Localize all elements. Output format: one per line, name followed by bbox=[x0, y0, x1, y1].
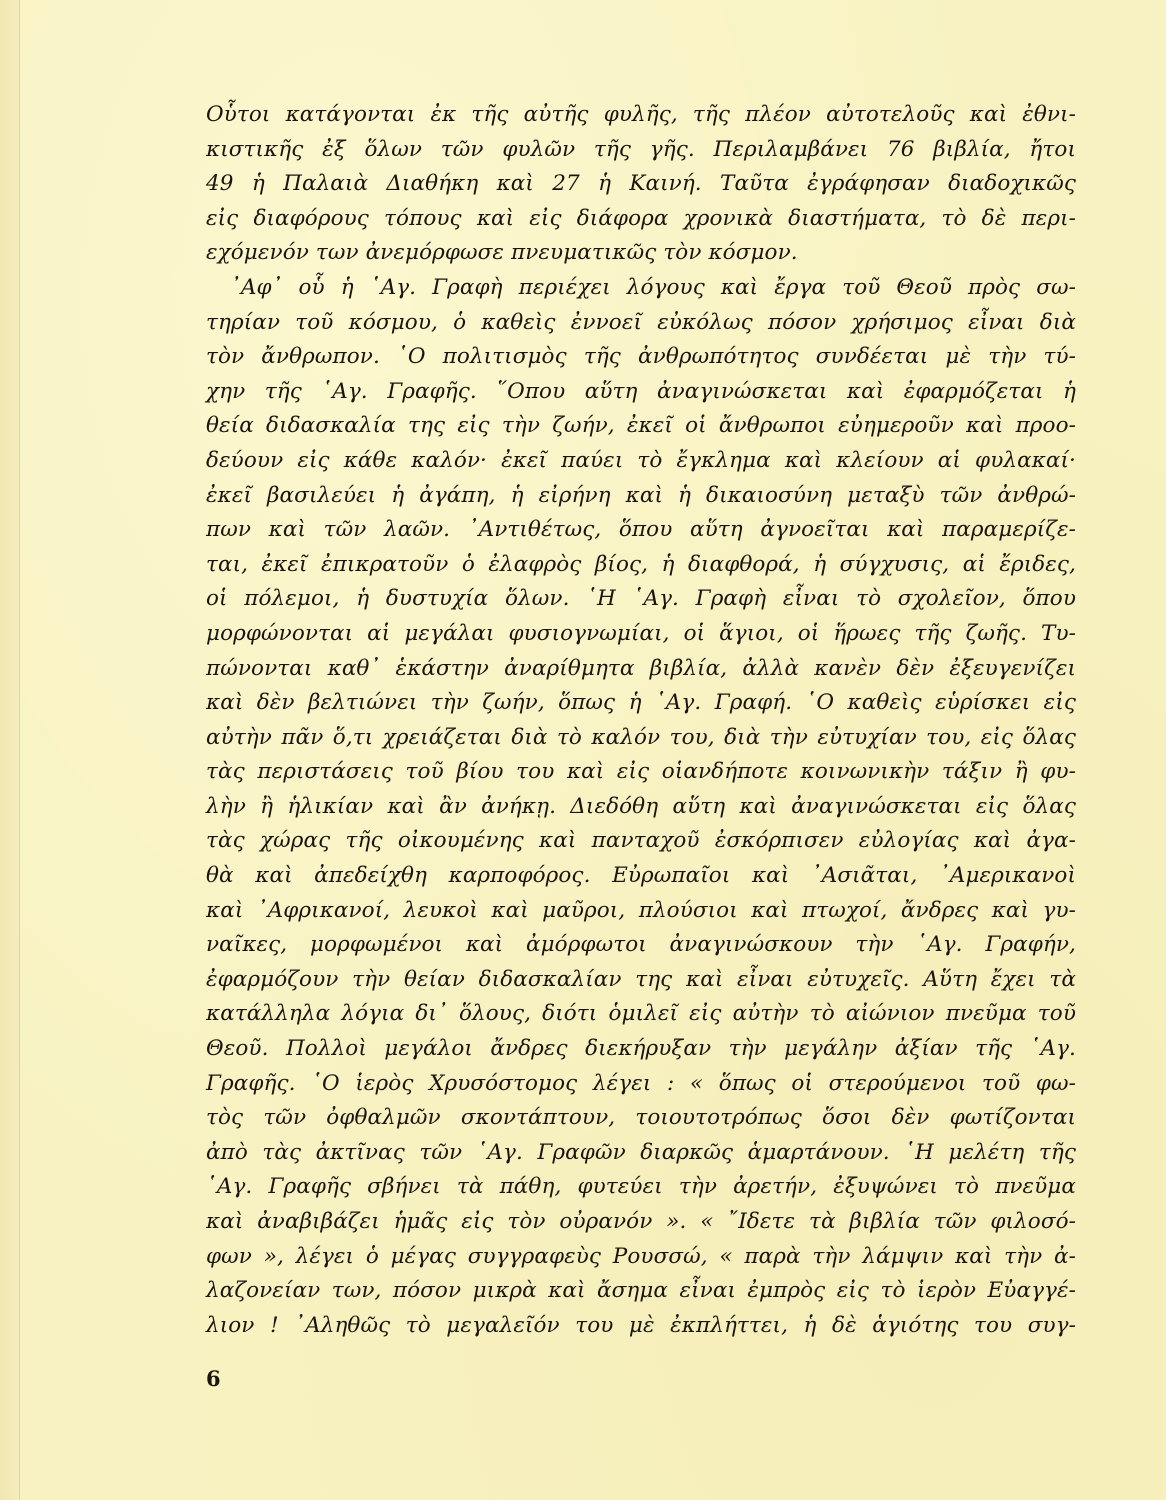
text-line: φων », λέγει ὁ μέγας συγγραφεὺς Ρουσσώ, … bbox=[206, 1240, 1076, 1275]
body-text: Οὗτοι κατάγονται ἐκ τῆς αὐτῆς φυλῆς, τῆς… bbox=[206, 98, 1076, 1378]
scanned-book-page: Οὗτοι κατάγονται ἐκ τῆς αὐτῆς φυλῆς, τῆς… bbox=[0, 0, 1166, 1500]
text-line: τὸς τῶν ὀφθαλμῶν σκοντάπτουν, τοιουτοτρό… bbox=[206, 1101, 1076, 1136]
text-line: δεύουν εἰς κάθε καλόν· ἐκεῖ παύει τὸ ἔγκ… bbox=[206, 444, 1076, 479]
page-number: 6 bbox=[206, 1366, 221, 1391]
page-fold-line bbox=[19, 0, 20, 1500]
text-line: Θεοῦ. Πολλοὶ μεγάλοι ἄνδρες διεκήρυξαν τ… bbox=[206, 1032, 1076, 1067]
text-line: θεία διδασκαλία της εἰς τὴν ζωήν, ἐκεῖ ο… bbox=[206, 409, 1076, 444]
text-line: ἐφαρμόζουν τὴν θείαν διδασκαλίαν της καὶ… bbox=[206, 963, 1076, 998]
text-line: καὶ δὲν βελτιώνει τὴν ζωήν, ὅπως ἡ ῾Αγ. … bbox=[206, 686, 1076, 721]
text-line: Γραφῆς. ῾Ο ἱερὸς Χρυσόστομος λέγει : « ὅ… bbox=[206, 1067, 1076, 1102]
text-line: λαζονείαν των, πόσον μικρὰ καὶ ἄσημα εἶν… bbox=[206, 1274, 1076, 1309]
text-line: μορφώνονται αἱ μεγάλαι φυσιογνωμίαι, οἱ … bbox=[206, 617, 1076, 652]
text-line: καὶ ᾿Αφρικανοί, λευκοὶ καὶ μαῦροι, πλούσ… bbox=[206, 894, 1076, 929]
text-line: κιστικῆς ἐξ ὅλων τῶν φυλῶν τῆς γῆς. Περι… bbox=[206, 133, 1076, 168]
text-line: 49 ἡ Παλαιὰ Διαθήκη καὶ 27 ἡ Καινή. Ταῦτ… bbox=[206, 167, 1076, 202]
text-line: τὰς περιστάσεις τοῦ βίου του καὶ εἰς οἱα… bbox=[206, 755, 1076, 790]
text-line: τηρίαν τοῦ κόσμου, ὁ καθεὶς ἐννοεῖ εὐκόλ… bbox=[206, 306, 1076, 341]
text-line: εχόμενόν των ἀνεμόρφωσε πνευματικῶς τὸν … bbox=[206, 236, 1076, 271]
text-line: ᾿Αφ᾿ οὗ ἡ ῾Αγ. Γραφὴ περιέχει λόγους καὶ… bbox=[206, 271, 1076, 306]
text-line: κατάλληλα λόγια δι᾿ ὅλους, διότι ὁμιλεῖ … bbox=[206, 997, 1076, 1032]
text-line: εἰς διαφόρους τόπους καὶ εἰς διάφορα χρο… bbox=[206, 202, 1076, 237]
text-line: ἀπὸ τὰς ἀκτῖνας τῶν ῾Αγ. Γραφῶν διαρκῶς … bbox=[206, 1136, 1076, 1171]
text-line: λιον ! ᾿Αληθῶς τὸ μεγαλεῖόν του μὲ ἐκπλή… bbox=[206, 1309, 1076, 1344]
text-line: καὶ ἀναβιβάζει ἡμᾶς εἰς τὸν οὐρανόν ». «… bbox=[206, 1205, 1076, 1240]
text-line: τὰς χώρας τῆς οἰκουμένης καὶ πανταχοῦ ἐσ… bbox=[206, 824, 1076, 859]
text-line: λὴν ἢ ἡλικίαν καὶ ἂν ἀνήκῃ. Διεδόθη αὕτη… bbox=[206, 790, 1076, 825]
page-left-edge bbox=[0, 0, 19, 1500]
text-line: αὐτὴν πᾶν ὅ,τι χρειάζεται διὰ τὸ καλόν τ… bbox=[206, 721, 1076, 756]
text-line: ἐκεῖ βασιλεύει ἡ ἀγάπη, ἡ εἰρήνη καὶ ἡ δ… bbox=[206, 479, 1076, 514]
text-line: χην τῆς ῾Αγ. Γραφῆς. ῞Οπου αὕτη ἀναγινώσ… bbox=[206, 375, 1076, 410]
text-line: θὰ καὶ ἀπεδείχθη καρποφόρος. Εὐρωπαῖοι κ… bbox=[206, 859, 1076, 894]
paragraph-2: ᾿Αφ᾿ οὗ ἡ ῾Αγ. Γραφὴ περιέχει λόγους καὶ… bbox=[206, 271, 1076, 1378]
text-line: οἱ πόλεμοι, ἡ δυστυχία ὅλων. ῾Η ῾Αγ. Γρα… bbox=[206, 582, 1076, 617]
text-line: ναῖκες, μορφωμένοι καὶ ἀμόρφωτοι ἀναγινώ… bbox=[206, 928, 1076, 963]
text-line: πων καὶ τῶν λαῶν. ᾿Αντιθέτως, ὅπου αὕτη … bbox=[206, 513, 1076, 548]
text-line: Οὗτοι κατάγονται ἐκ τῆς αὐτῆς φυλῆς, τῆς… bbox=[206, 98, 1076, 133]
text-line: πώνονται καθ᾿ ἑκάστην ἀναρίθμητα βιβλία,… bbox=[206, 652, 1076, 687]
text-line bbox=[206, 1343, 1076, 1378]
text-line: ῾Αγ. Γραφῆς σβήνει τὰ πάθη, φυτεύει τὴν … bbox=[206, 1170, 1076, 1205]
text-line: τὸν ἄνθρωπον. ῾Ο πολιτισμὸς τῆς ἀνθρωπότ… bbox=[206, 340, 1076, 375]
paragraph-1: Οὗτοι κατάγονται ἐκ τῆς αὐτῆς φυλῆς, τῆς… bbox=[206, 98, 1076, 271]
text-line: ται, ἐκεῖ ἐπικρατοῦν ὁ ἐλαφρὸς βίος, ἡ δ… bbox=[206, 548, 1076, 583]
